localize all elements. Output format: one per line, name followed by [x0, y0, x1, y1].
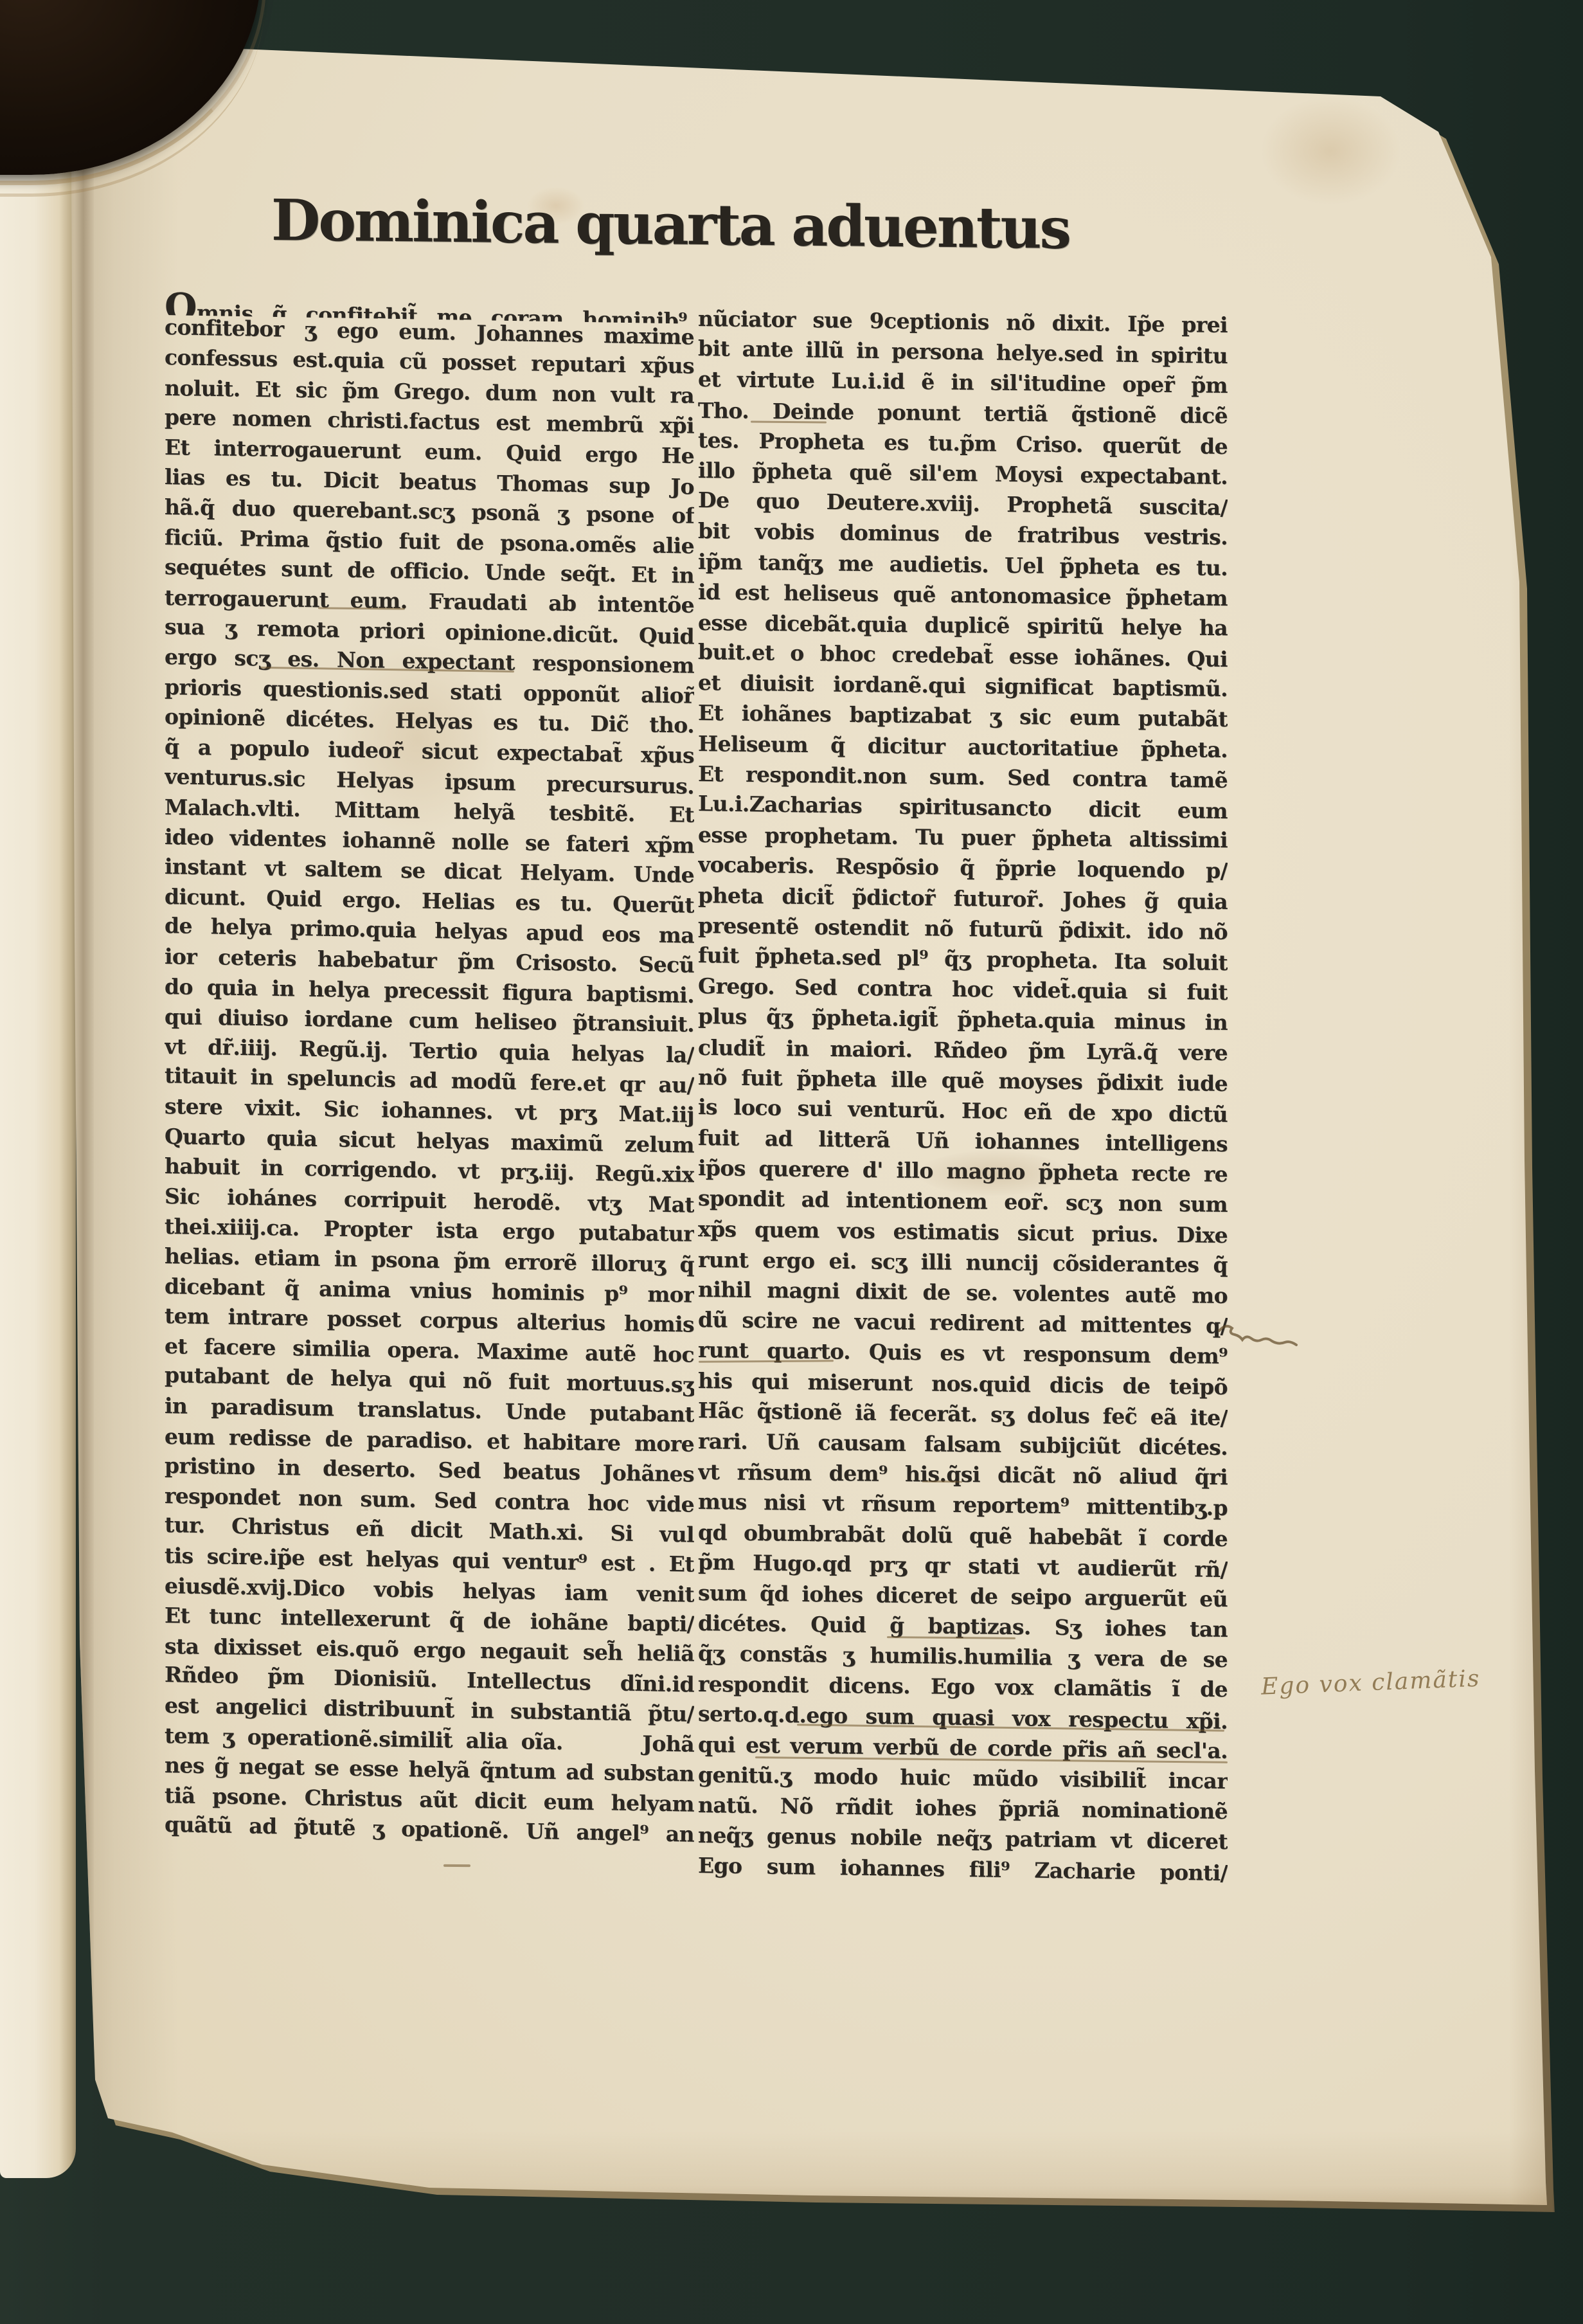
- gutter-crease: [75, 119, 94, 2131]
- ink-flourish: [443, 1864, 470, 1867]
- text-line: runt ergo ei. scʒ illi nuncij cõsiderant…: [698, 1247, 1228, 1283]
- page-title: Dominica quarta aduentus: [271, 192, 1069, 257]
- text-line: plus q̃ʒ p̃pheta.igit̃ p̃pheta.quia minu…: [698, 1004, 1228, 1040]
- scan-background: Dominica quarta aduentus Omnis q̃ confit…: [0, 0, 1583, 2324]
- margin-squiggle-icon: [1217, 1317, 1313, 1347]
- facing-page-edge: [0, 95, 76, 2178]
- text-line: esse prophetam. Tu puer p̃pheta altissim…: [698, 822, 1228, 858]
- text-line: vt rñsum dem⁹ his.q̃si dicãt nõ aliud q̃…: [698, 1459, 1228, 1495]
- text-line: cludit̃ in maiori. Rñdeo p̃m Lyrã.q̃ ver…: [698, 1034, 1228, 1070]
- text-column-left: Omnis q̃ confitebit̃ me coram hominib⁹.c…: [165, 285, 694, 1851]
- ink-underline: [922, 1481, 962, 1483]
- text-column-right: nũciator sue 9ceptionis nõ dixit. Ip̃e p…: [698, 306, 1228, 1890]
- text-line: Tho. Deinde ponunt tertiã q̃stionẽ dicẽ: [698, 397, 1228, 433]
- paper-stain: [1260, 96, 1401, 206]
